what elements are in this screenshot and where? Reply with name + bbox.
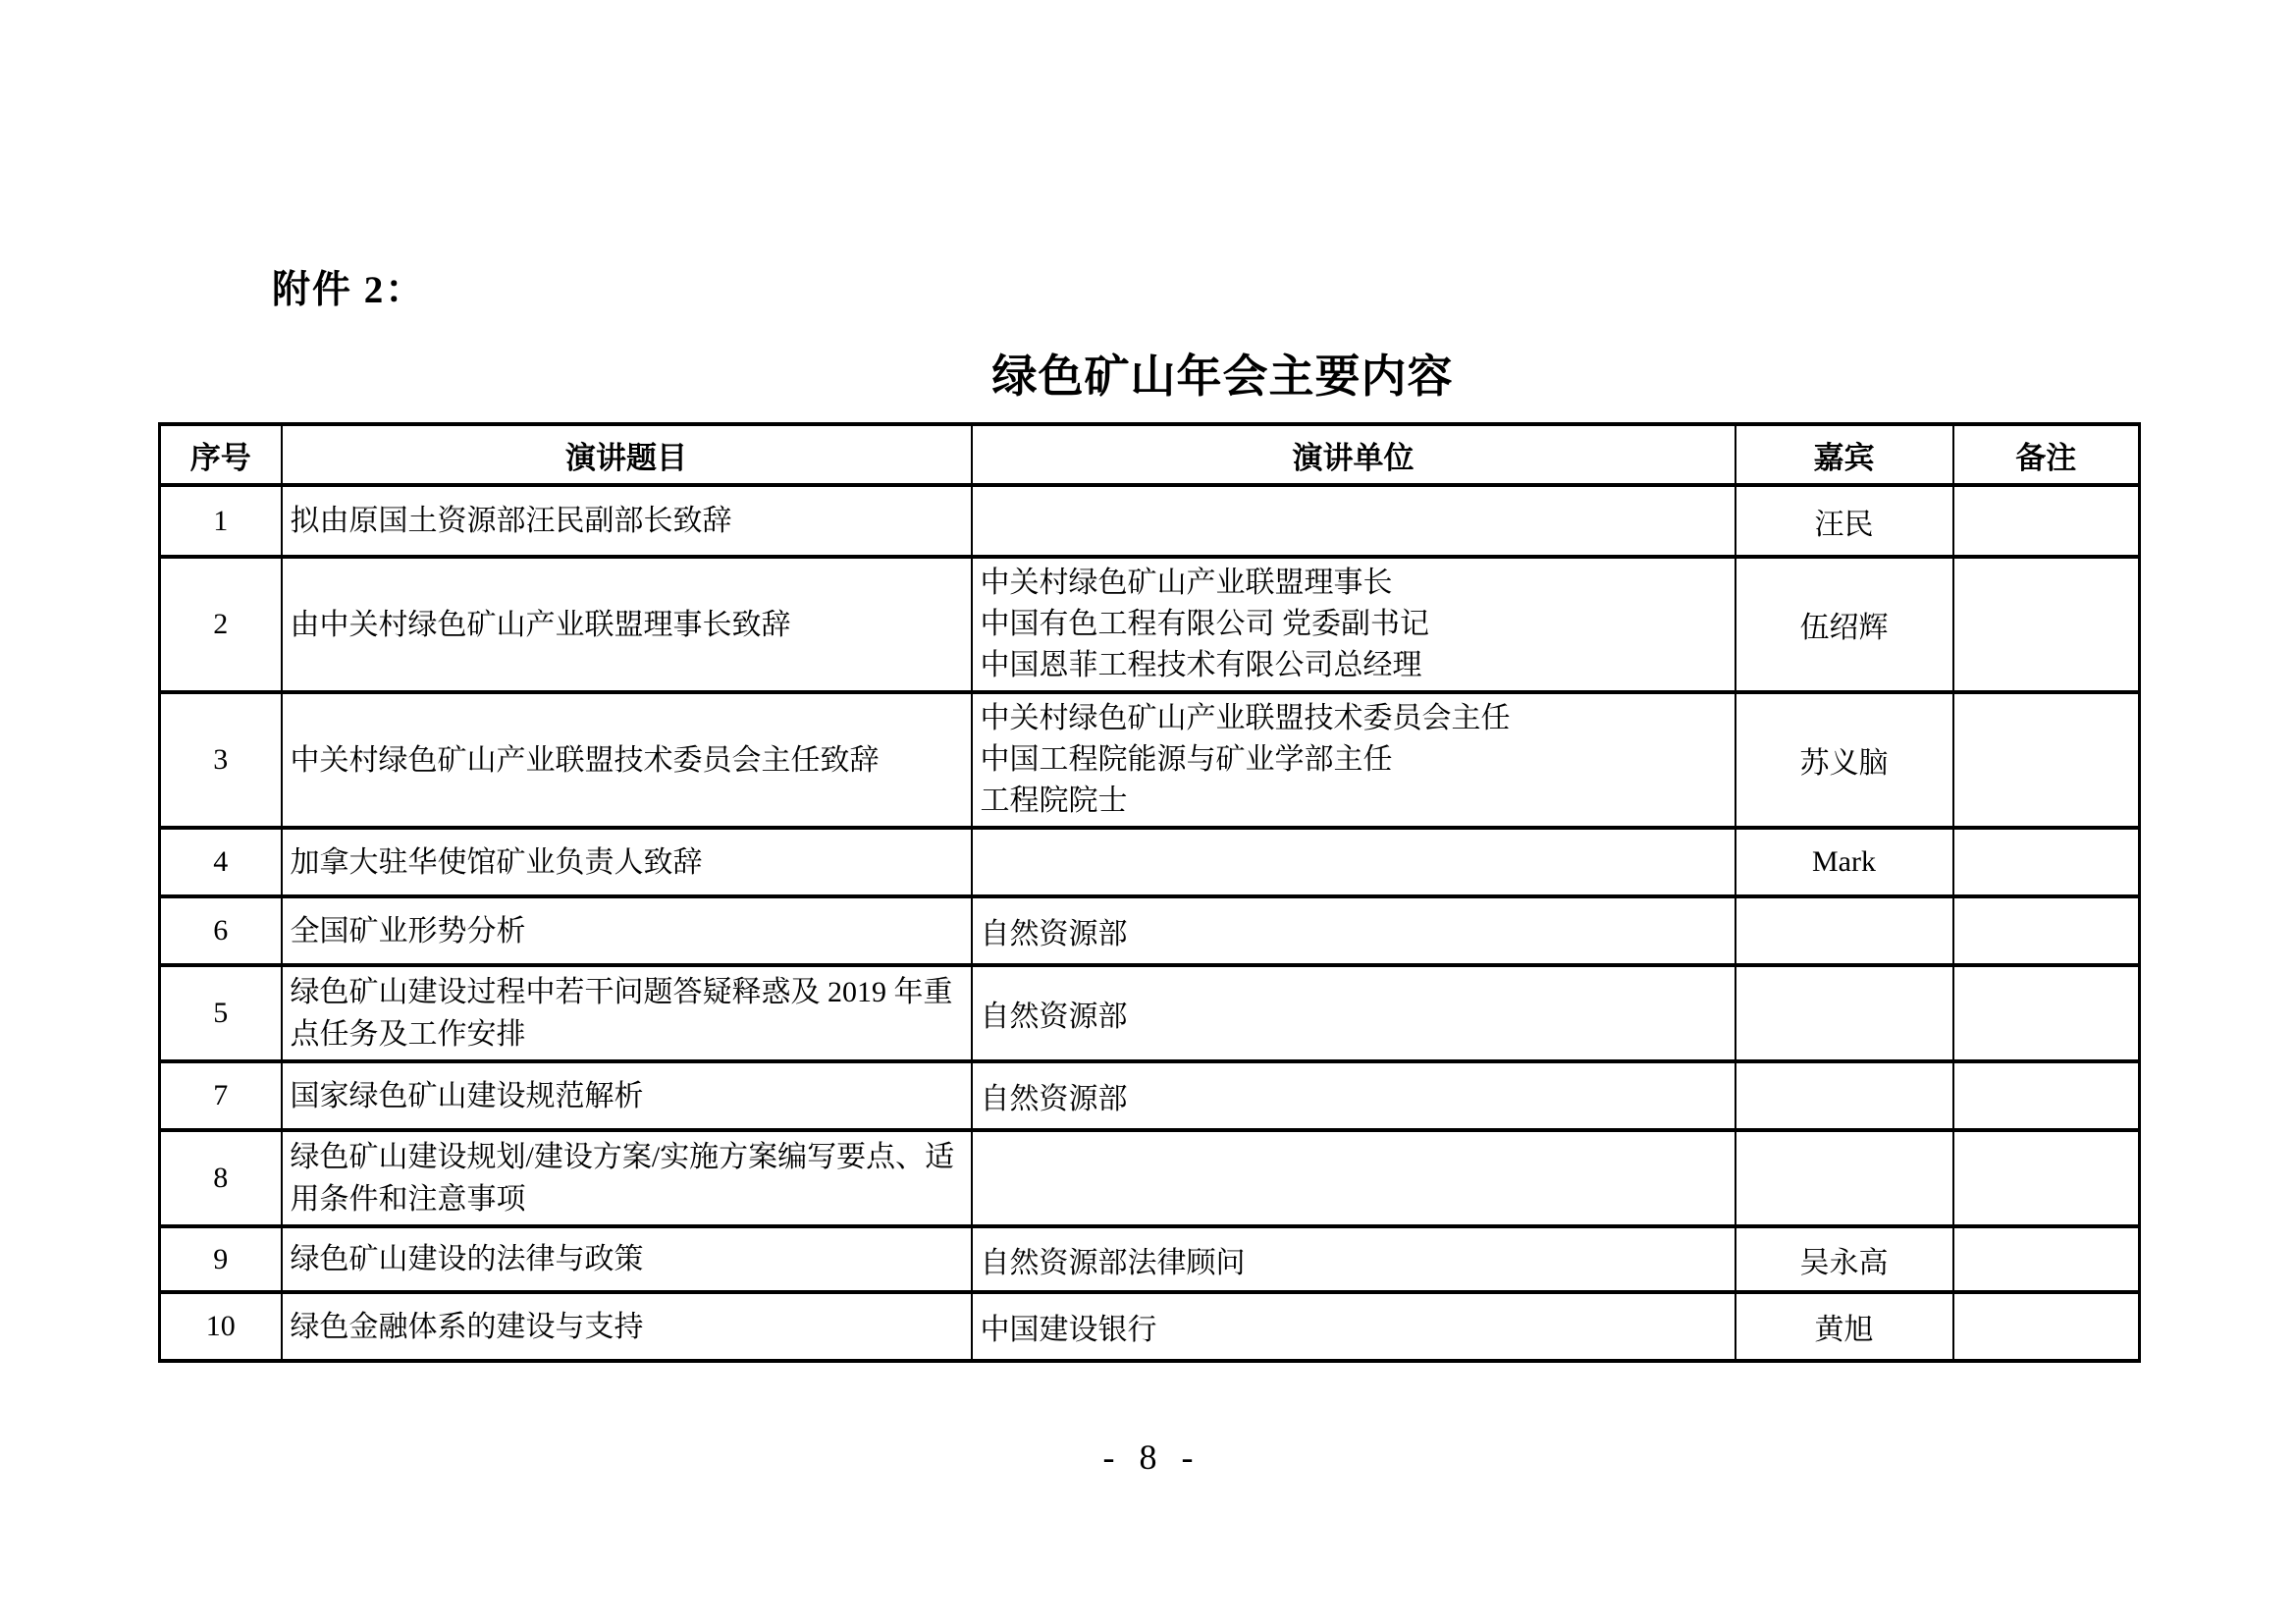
cell-no: 5 (160, 965, 282, 1061)
document-title: 绿色矿山年会主要内容 (0, 341, 2296, 406)
unit-line: 中关村绿色矿山产业联盟技术委员会主任 (981, 698, 1727, 739)
column-header-note: 备注 (1953, 424, 2140, 485)
cell-title: 绿色矿山建设规划/建设方案/实施方案编写要点、适 用条件和注意事项 (282, 1130, 972, 1226)
column-header-guest: 嘉宾 (1735, 424, 1953, 485)
column-header-title: 演讲题目 (282, 424, 972, 485)
cell-unit: 中关村绿色矿山产业联盟技术委员会主任 中国工程院能源与矿业学部主任 工程院院士 (972, 692, 1735, 828)
cell-guest (1735, 1130, 1953, 1226)
cell-unit: 自然资源部 (972, 965, 1735, 1061)
cell-note (1953, 485, 2140, 557)
cell-unit: 中关村绿色矿山产业联盟理事长 中国有色工程有限公司 党委副书记 中国恩菲工程技术… (972, 557, 1735, 692)
cell-note (1953, 557, 2140, 692)
cell-title: 绿色矿山建设的法律与政策 (282, 1226, 972, 1292)
table-header-row: 序号 演讲题目 演讲单位 嘉宾 备注 (160, 424, 2140, 485)
cell-no: 1 (160, 485, 282, 557)
cell-no: 2 (160, 557, 282, 692)
cell-note (1953, 1061, 2140, 1130)
table-row: 9 绿色矿山建设的法律与政策 自然资源部法律顾问 吴永高 (160, 1226, 2140, 1292)
cell-title: 绿色金融体系的建设与支持 (282, 1292, 972, 1361)
cell-unit: 自然资源部 (972, 1061, 1735, 1130)
table-row: 5 绿色矿山建设过程中若干问题答疑释惑及 2019 年重 点任务及工作安排 自然… (160, 965, 2140, 1061)
page-number: - 8 - (0, 1436, 2296, 1478)
cell-guest: 苏义脑 (1735, 692, 1953, 828)
cell-unit: 自然资源部 (972, 896, 1735, 965)
cell-note (1953, 1226, 2140, 1292)
cell-note (1953, 828, 2140, 896)
cell-note (1953, 1292, 2140, 1361)
table-row: 2 由中关村绿色矿山产业联盟理事长致辞 中关村绿色矿山产业联盟理事长 中国有色工… (160, 557, 2140, 692)
cell-note (1953, 965, 2140, 1061)
cell-guest: 吴永高 (1735, 1226, 1953, 1292)
cell-guest (1735, 965, 1953, 1061)
cell-note (1953, 896, 2140, 965)
cell-no: 8 (160, 1130, 282, 1226)
cell-title: 中关村绿色矿山产业联盟技术委员会主任致辞 (282, 692, 972, 828)
cell-title: 国家绿色矿山建设规范解析 (282, 1061, 972, 1130)
table-row: 4 加拿大驻华使馆矿业负责人致辞 Mark (160, 828, 2140, 896)
column-header-unit: 演讲单位 (972, 424, 1735, 485)
unit-line: 中关村绿色矿山产业联盟理事长 (981, 563, 1727, 604)
cell-unit: 中国建设银行 (972, 1292, 1735, 1361)
cell-unit (972, 1130, 1735, 1226)
cell-guest (1735, 1061, 1953, 1130)
cell-guest: Mark (1735, 828, 1953, 896)
document-page: 附件 2： 绿色矿山年会主要内容 序号 演讲题目 演讲单位 嘉宾 备注 1 拟由… (0, 0, 2296, 1624)
unit-line: 中国恩菲工程技术有限公司总经理 (981, 645, 1727, 686)
cell-guest (1735, 896, 1953, 965)
cell-guest: 汪民 (1735, 485, 1953, 557)
cell-no: 7 (160, 1061, 282, 1130)
cell-title: 拟由原国土资源部汪民副部长致辞 (282, 485, 972, 557)
cell-note (1953, 1130, 2140, 1226)
cell-guest: 伍绍辉 (1735, 557, 1953, 692)
cell-no: 3 (160, 692, 282, 828)
cell-note (1953, 692, 2140, 828)
column-header-no: 序号 (160, 424, 282, 485)
attachment-label: 附件 2： (272, 259, 425, 314)
cell-guest: 黄旭 (1735, 1292, 1953, 1361)
cell-unit: 自然资源部法律顾问 (972, 1226, 1735, 1292)
table-row: 10 绿色金融体系的建设与支持 中国建设银行 黄旭 (160, 1292, 2140, 1361)
unit-line: 工程院院士 (981, 781, 1727, 822)
table-row: 3 中关村绿色矿山产业联盟技术委员会主任致辞 中关村绿色矿山产业联盟技术委员会主… (160, 692, 2140, 828)
cell-title: 全国矿业形势分析 (282, 896, 972, 965)
unit-line: 中国工程院能源与矿业学部主任 (981, 739, 1727, 781)
table-row: 6 全国矿业形势分析 自然资源部 (160, 896, 2140, 965)
content-table: 序号 演讲题目 演讲单位 嘉宾 备注 1 拟由原国土资源部汪民副部长致辞 汪民 … (158, 422, 2141, 1363)
cell-unit (972, 828, 1735, 896)
cell-no: 6 (160, 896, 282, 965)
unit-line: 中国有色工程有限公司 党委副书记 (981, 604, 1727, 645)
table-row: 1 拟由原国土资源部汪民副部长致辞 汪民 (160, 485, 2140, 557)
cell-title: 绿色矿山建设过程中若干问题答疑释惑及 2019 年重 点任务及工作安排 (282, 965, 972, 1061)
table-row: 8 绿色矿山建设规划/建设方案/实施方案编写要点、适 用条件和注意事项 (160, 1130, 2140, 1226)
cell-title: 加拿大驻华使馆矿业负责人致辞 (282, 828, 972, 896)
cell-no: 9 (160, 1226, 282, 1292)
cell-unit (972, 485, 1735, 557)
cell-no: 4 (160, 828, 282, 896)
table-row: 7 国家绿色矿山建设规范解析 自然资源部 (160, 1061, 2140, 1130)
cell-title: 由中关村绿色矿山产业联盟理事长致辞 (282, 557, 972, 692)
cell-no: 10 (160, 1292, 282, 1361)
